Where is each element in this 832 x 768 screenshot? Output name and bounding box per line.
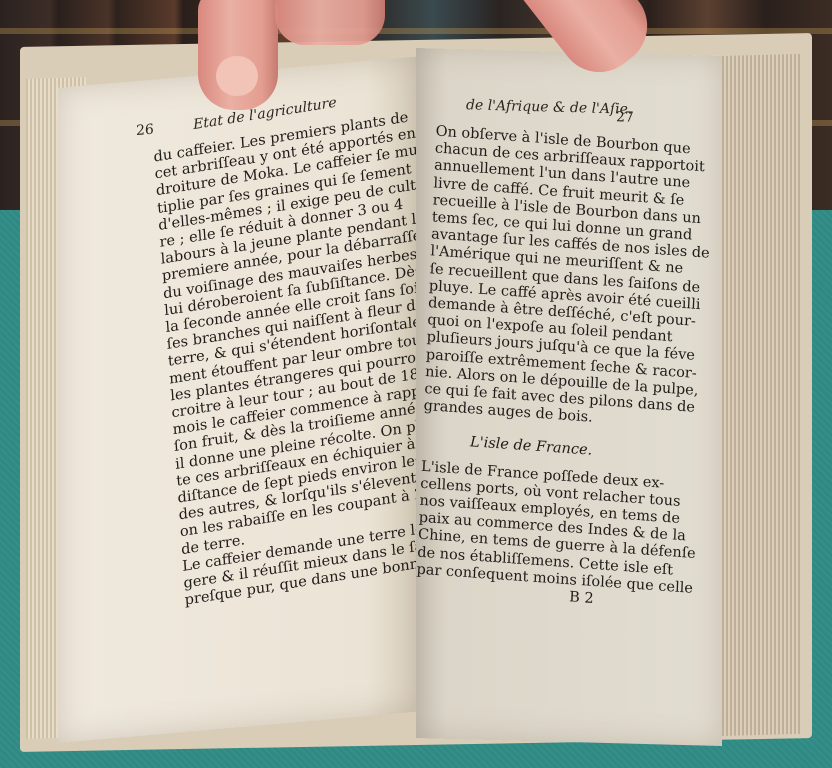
- right-page-text: On obſerve à l'isle de Bourbon que chacu…: [415, 124, 653, 612]
- right-page-block-edge: [718, 54, 800, 736]
- right-running-head: de l'Afrique & de l'Aſie.: [466, 97, 632, 117]
- fingernail: [216, 56, 258, 96]
- left-page-text: du caffeier. Les premiers plants de cet …: [153, 112, 425, 610]
- left-page: 26 Etat de l'agriculture du caffeier. Le…: [58, 56, 420, 743]
- left-page-number: 26: [136, 122, 154, 140]
- finger-left: [198, 0, 278, 110]
- right-page-number: 27: [616, 109, 634, 125]
- shelf-gilt-band: [0, 28, 832, 34]
- finger-middle: [275, 0, 385, 45]
- section-title: L'isle de France.: [422, 431, 641, 463]
- right-page: de l'Afrique & de l'Aſie. 27 On obſerve …: [416, 48, 722, 746]
